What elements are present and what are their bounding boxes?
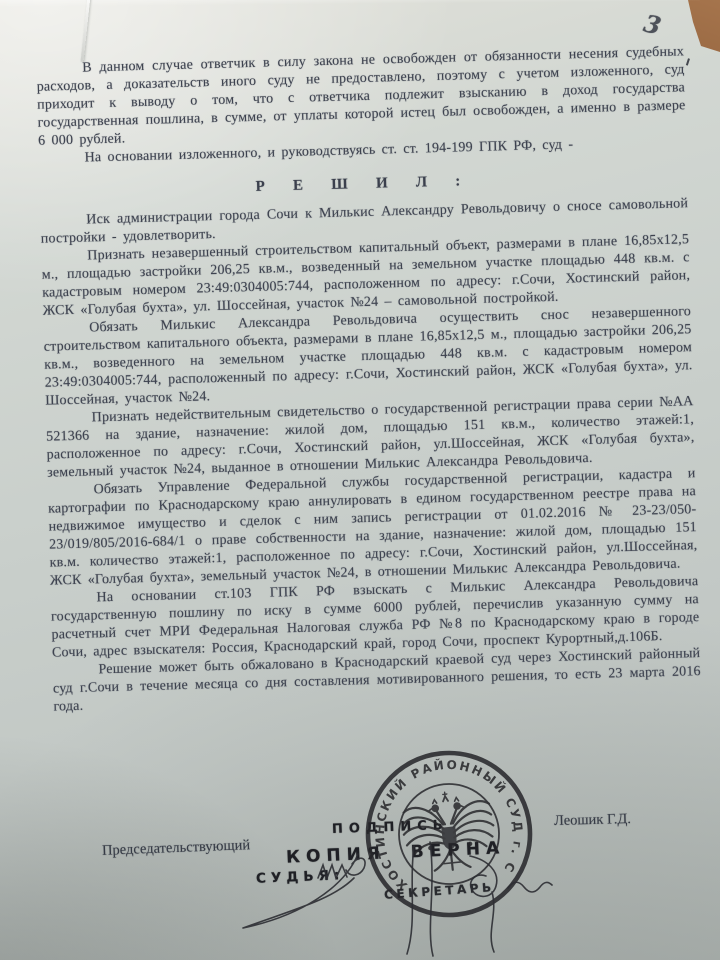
svg-text:ХОСТИНСКИЙ РАЙОННЫЙ СУД г. СОЧ: ХОСТИНСКИЙ РАЙОННЫЙ СУД г. СОЧИ: [365, 749, 530, 895]
judge-name: Леошик Г.Д.: [554, 811, 631, 830]
paragraph-order-demolition: Обязать Милькис Александра Револьдовича …: [43, 303, 693, 410]
paper-top-edge: [0, 0, 700, 7]
double-headed-eagle-icon: [400, 788, 498, 875]
document-photo: 3 ' В данном случае ответчик в силу зако…: [0, 0, 720, 960]
decision-heading: Р Е Ш И Л :: [39, 166, 687, 202]
court-seal: ХОСТИНСКИЙ РАЙОННЫЙ СУД г. СОЧИ: [339, 724, 559, 944]
paper-crease: [81, 0, 91, 62]
decision-text-block: В данном случае ответчик в силу закона н…: [36, 43, 702, 716]
stamp-judge-word: СУДЬЯ:: [256, 867, 345, 887]
presiding-judge-label: Председательствующий: [102, 837, 251, 860]
handwritten-page-number: 3: [641, 8, 664, 40]
paragraph-annul-registry-record: Обязать Управление Федеральной службы го…: [47, 465, 698, 590]
seal-ring-text: ХОСТИНСКИЙ РАЙОННЫЙ СУД г. СОЧИ: [365, 749, 530, 895]
paragraph-court-costs: В данном случае ответчик в силу закона н…: [36, 43, 686, 150]
